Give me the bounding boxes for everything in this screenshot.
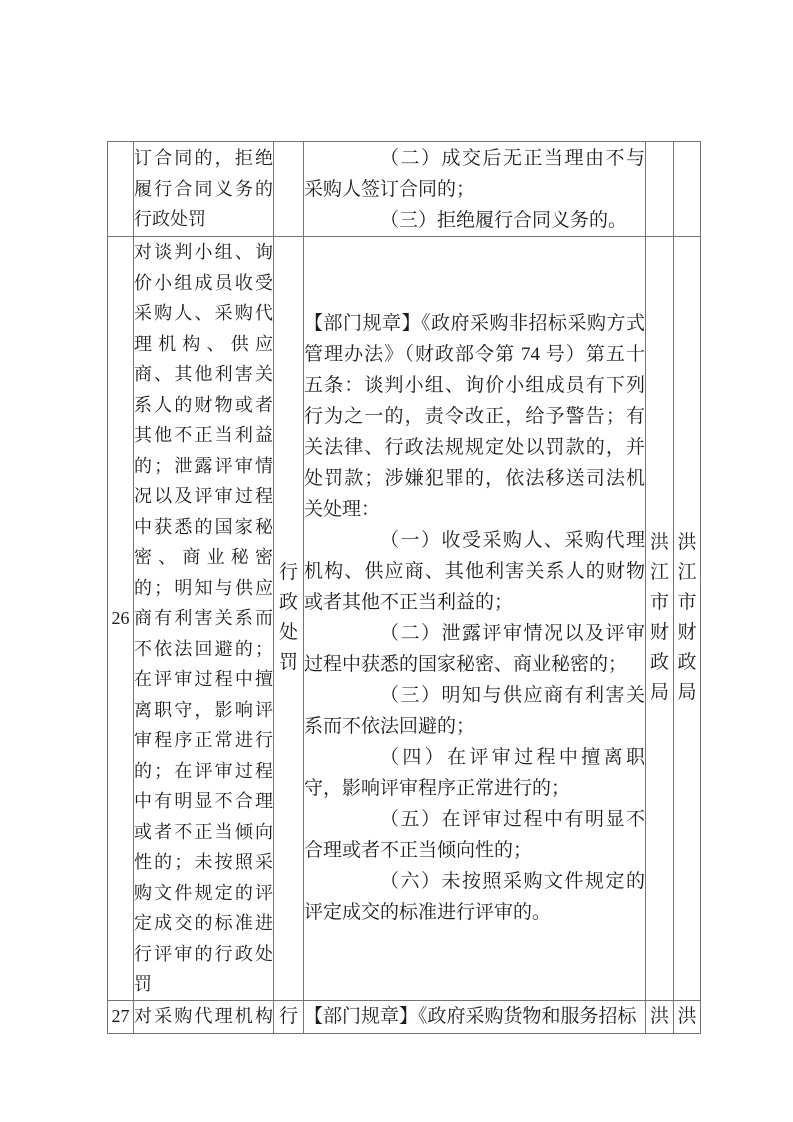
table-row: 26 对谈判小组、询价小组成员收受采购人、采购代理机构、供应商、其他利害关系人的… [108, 237, 701, 1001]
implementing-authority-cell: 洪江市财政局 [646, 237, 674, 1001]
legal-basis-paragraph: （四）在评审过程中擅离职守，影响评审程序正常进行的； [304, 742, 645, 804]
table-row: 27 对采购代理机构 行 【部门规章】《政府采购货物和服务招标 洪 洪 [108, 1000, 701, 1033]
supervising-authority-cell: 洪 [674, 1000, 701, 1033]
legal-basis-cell: 【部门规章】《政府采购货物和服务招标 [304, 1000, 646, 1033]
matter-cell: 对采购代理机构 [134, 1000, 274, 1033]
legal-basis-paragraph: （二）泄露评审情况以及评审过程中获悉的国家秘密、商业秘密的； [304, 618, 645, 680]
matter-cell: 订合同的，拒绝履行合同义务的行政处罚 [134, 142, 274, 237]
row-number-cell: 26 [108, 237, 134, 1001]
row-number-cell: 27 [108, 1000, 134, 1033]
legal-basis-paragraph: （三）拒绝履行合同义务的。 [304, 205, 645, 236]
legal-basis-paragraph: 【部门规章】《政府采购货物和服务招标 [304, 1001, 645, 1032]
supervising-authority-cell [674, 142, 701, 237]
penalty-items-table: 订合同的，拒绝履行合同义务的行政处罚 （二）成交后无正当理由不与采购人签订合同的… [107, 141, 701, 1034]
document-page: 订合同的，拒绝履行合同义务的行政处罚 （二）成交后无正当理由不与采购人签订合同的… [0, 0, 793, 1122]
supervising-authority-cell: 洪江市财政局 [674, 237, 701, 1001]
legal-basis-cell: 【部门规章】《政府采购非招标采购方式管理办法》（财政部令第 74 号）第五十五条… [304, 237, 646, 1001]
legal-basis-paragraph: （一）收受采购人、采购代理机构、供应商、其他利害关系人的财物或者其他不正当利益的… [304, 525, 645, 618]
legal-basis-paragraph: （三）明知与供应商有利害关系而不依法回避的； [304, 680, 645, 742]
legal-basis-paragraph: （二）成交后无正当理由不与采购人签订合同的； [304, 143, 645, 205]
legal-basis-paragraph: （六）未按照采购文件规定的评定成交的标准进行评审的。 [304, 866, 645, 928]
table-row: 订合同的，拒绝履行合同义务的行政处罚 （二）成交后无正当理由不与采购人签订合同的… [108, 142, 701, 237]
implementing-authority-cell: 洪 [646, 1000, 674, 1033]
legal-basis-cell: （二）成交后无正当理由不与采购人签订合同的； （三）拒绝履行合同义务的。 [304, 142, 646, 237]
category-cell: 行政处罚 [274, 237, 304, 1001]
category-cell: 行 [274, 1000, 304, 1033]
implementing-authority-cell [646, 142, 674, 237]
legal-basis-paragraph: （五）在评审过程中有明显不合理或者不正当倾向性的； [304, 804, 645, 866]
category-cell [274, 142, 304, 237]
legal-basis-paragraph: 【部门规章】《政府采购非招标采购方式管理办法》（财政部令第 74 号）第五十五条… [304, 308, 645, 525]
matter-cell: 对谈判小组、询价小组成员收受采购人、采购代理机构、供应商、其他利害关系人的财物或… [134, 237, 274, 1001]
row-number-cell [108, 142, 134, 237]
